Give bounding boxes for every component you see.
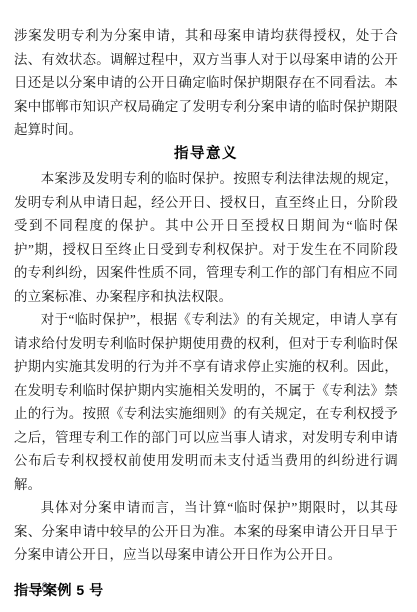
body-paragraph-1: 本案涉及发明专利的临时保护。按照专利法律法规的规定，发明专利从申请日起，经公开日… <box>14 167 398 308</box>
body-paragraph-3: 具体对分案申请而言，当计算“临时保护”期限时，以其母案、分案申请中较早的公开日为… <box>14 496 398 567</box>
case-number-heading: 指导案例 5 号 <box>14 579 398 601</box>
document-page: 涉案发明专利为分案申请，其和母案申请均获得授权，处于合法、有效状态。调解过程中，… <box>0 0 417 612</box>
body-paragraph-2: 对于“临时保护”，根据《专利法》的有关规定，申请人享有请求给付发明专利临时保护期… <box>14 308 398 496</box>
page-number: — 8 — <box>24 580 67 595</box>
section-heading-guidance-significance: 指导意义 <box>14 143 398 167</box>
paragraph-continuation: 涉案发明专利为分案申请，其和母案申请均获得授权，处于合法、有效状态。调解过程中，… <box>14 24 398 142</box>
